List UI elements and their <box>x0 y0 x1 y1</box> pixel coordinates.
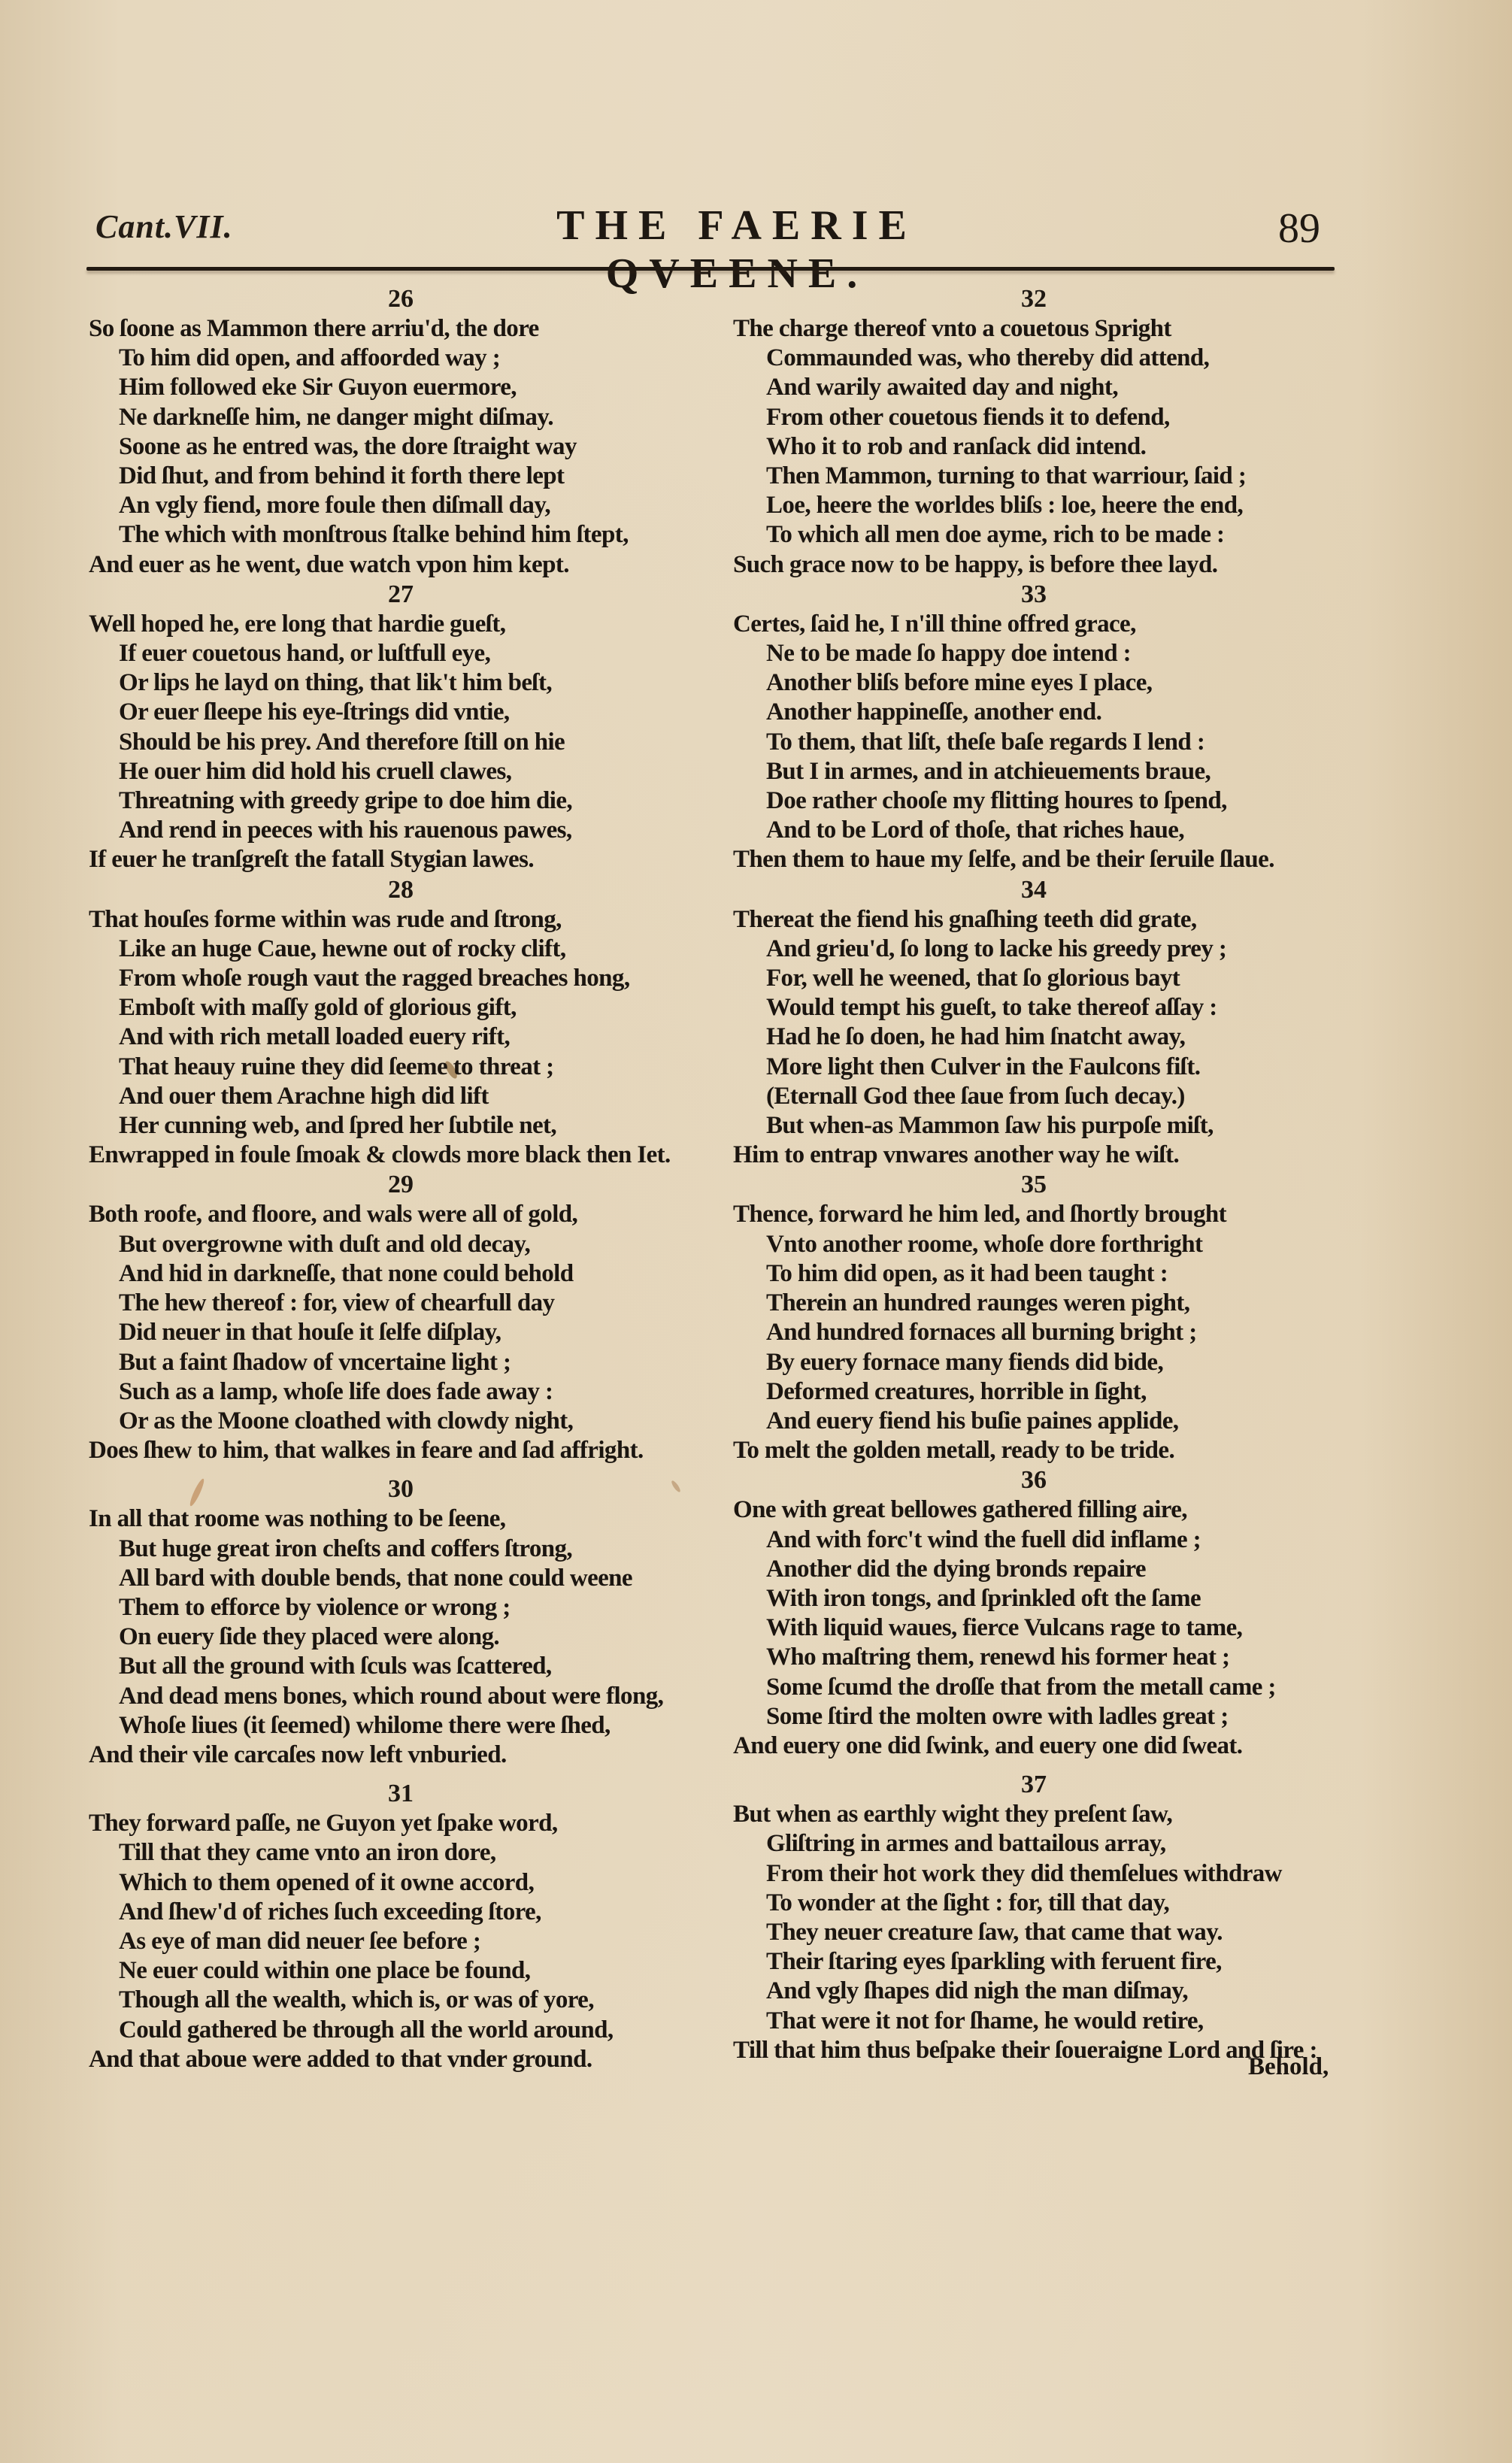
verse-line: The charge thereof vnto a couetous Sprig… <box>733 314 1335 344</box>
verse-line: Ne euer could within one place be found, <box>89 1956 713 1986</box>
verse-line: If euer he tranſgreſt the fatall Stygian… <box>89 845 713 874</box>
verse-line: From their hot work they did themſelues … <box>733 1859 1335 1889</box>
stanza-number: 36 <box>733 1465 1335 1495</box>
verse-line: And ouer them Arachne high did lift <box>89 1082 713 1111</box>
right-column: 32 The charge thereof vnto a couetous Sp… <box>733 284 1335 2065</box>
verse-line: Him followed eke Sir Guyon euermore, <box>89 373 713 402</box>
verse-line: Who it to rob and ranſack did intend. <box>733 432 1335 462</box>
verse-line: To melt the golden metall, ready to be t… <box>733 1436 1335 1465</box>
verse-line: Ne to be made ſo happy doe intend : <box>733 639 1335 668</box>
verse-line: To them, that liſt, theſe baſe regards I… <box>733 728 1335 757</box>
verse-line: Gliſtring in armes and battailous array, <box>733 1829 1335 1859</box>
verse-line: Certes, ſaid he, I n'ill thine offred gr… <box>733 610 1335 639</box>
book-title: THE FAERIE QVEENE. <box>421 201 1053 298</box>
verse-line: Well hoped he, ere long that hardie gueſ… <box>89 610 713 639</box>
verse-line: Though all the wealth, which is, or was … <box>89 1986 713 2015</box>
verse-line: And to be Lord of thoſe, that riches hau… <box>733 816 1335 845</box>
verse-line: Who maſtring them, renewd his former hea… <box>733 1643 1335 1672</box>
stanza: 35 Thence, forward he him led, and ſhort… <box>733 1170 1335 1465</box>
stanza-number: 29 <box>89 1170 713 1200</box>
stanza: 32 The charge thereof vnto a couetous Sp… <box>733 284 1335 580</box>
verse-line: Emboſt with maſſy gold of glorious gift, <box>89 993 713 1022</box>
verse-line: Did neuer in that houſe it ſelfe diſplay… <box>89 1318 713 1347</box>
verse-line: The hew thereof : for, view of chearfull… <box>89 1289 713 1318</box>
verse-line: But huge great iron cheſts and coffers ſ… <box>89 1534 713 1564</box>
stanza: 27 Well hoped he, ere long that hardie g… <box>89 580 713 875</box>
verse-line: (Eternall God thee ſaue from ſuch decay.… <box>733 1082 1335 1111</box>
stanza: 33 Certes, ſaid he, I n'ill thine offred… <box>733 580 1335 875</box>
verse-line: Vnto another roome, whoſe dore forthrigh… <box>733 1230 1335 1259</box>
verse-line: As eye of man did neuer ſee before ; <box>89 1927 713 1956</box>
verse-line: Some ſcumd the droſſe that from the meta… <box>733 1673 1335 1702</box>
verse-line: And warily awaited day and night, <box>733 373 1335 402</box>
verse-line: On euery ſide they placed were along. <box>89 1622 713 1652</box>
verse-line: And their vile carcaſes now left vnburie… <box>89 1740 713 1770</box>
verse-line: Another bliſs before mine eyes I place, <box>733 668 1335 698</box>
verse-line: From other couetous fiends it to defend, <box>733 403 1335 432</box>
verse-line: And with rich metall loaded euery rift, <box>89 1022 713 1052</box>
verse-line: Till that him thus beſpake their ſouerai… <box>733 2036 1335 2065</box>
verse-line: But overgrowne with duſt and old decay, <box>89 1230 713 1259</box>
stanza-number: 32 <box>733 284 1335 314</box>
verse-line: To him did open, and affoorded way ; <box>89 344 713 373</box>
verse-line: And grieu'd, ſo long to lacke his greedy… <box>733 935 1335 964</box>
verse-line: Which to them opened of it owne accord, <box>89 1868 713 1898</box>
verse-line: Him to entrap vnwares another way he wiſ… <box>733 1141 1335 1170</box>
verse-line: Doe rather chooſe my flitting houres to … <box>733 786 1335 816</box>
verse-line: To which all men doe ayme, rich to be ma… <box>733 520 1335 550</box>
stanza: 26 So ſoone as Mammon there arriu'd, the… <box>89 284 713 580</box>
stanza: 34 Thereat the fiend his gnaſhing teeth … <box>733 875 1335 1171</box>
verse-line: But a faint ſhadow of vncertaine light ; <box>89 1348 713 1377</box>
verse-line: Or euer ſleepe his eye-ſtrings did vntie… <box>89 698 713 727</box>
verse-line: That were it not for ſhame, he would ret… <box>733 2007 1335 2036</box>
stanza-number: 31 <box>89 1779 713 1809</box>
stanza-number: 35 <box>733 1170 1335 1200</box>
page-number: 89 <box>1278 204 1320 253</box>
verse-line: Enwrapped in foule ſmoak & clowds more b… <box>89 1141 713 1170</box>
verse-line: And hundred fornaces all burning bright … <box>733 1318 1335 1347</box>
verse-line: The which with monſtrous ſtalke behind h… <box>89 520 713 550</box>
verse-line: Such grace now to be happy, is before th… <box>733 550 1335 580</box>
verse-line: Them to efforce by violence or wrong ; <box>89 1593 713 1622</box>
stanza-number: 27 <box>89 580 713 610</box>
verse-line: To him did open, as it had been taught : <box>733 1259 1335 1289</box>
verse-line: To wonder at the ſight : for, till that … <box>733 1889 1335 1918</box>
stanza-number: 33 <box>733 580 1335 610</box>
verse-line: Both roofe, and floore, and wals were al… <box>89 1200 713 1229</box>
verse-line: By euery fornace many fiends did bide, <box>733 1348 1335 1377</box>
verse-line: But when as earthly wight they preſent ſ… <box>733 1800 1335 1829</box>
verse-line: They forward paſſe, ne Guyon yet ſpake w… <box>89 1809 713 1838</box>
verse-line: Some ſtird the molten owre with ladles g… <box>733 1702 1335 1731</box>
verse-line: Their ſtaring eyes ſparkling with feruen… <box>733 1947 1335 1977</box>
stanza-number: 34 <box>733 875 1335 905</box>
left-column: 26 So ſoone as Mammon there arriu'd, the… <box>89 284 713 2074</box>
verse-line: And that aboue were added to that vnder … <box>89 2045 713 2074</box>
stanza-number: 26 <box>89 284 713 314</box>
verse-line: Another happineſſe, another end. <box>733 698 1335 727</box>
verse-line: Should be his prey. And therefore ſtill … <box>89 728 713 757</box>
verse-line: Soone as he entred was, the dore ſtraigh… <box>89 432 713 462</box>
verse-line: But all the ground with ſculs was ſcatte… <box>89 1652 713 1681</box>
verse-line: But I in armes, and in atchieuements bra… <box>733 757 1335 786</box>
verse-line: With liquid waues, fierce Vulcans rage t… <box>733 1613 1335 1643</box>
verse-line: Thence, forward he him led, and ſhortly … <box>733 1200 1335 1229</box>
verse-line: In all that roome was nothing to be ſeen… <box>89 1504 713 1534</box>
verse-line: Or lips he layd on thing, that lik't him… <box>89 668 713 698</box>
verse-line: Could gathered be through all the world … <box>89 2016 713 2045</box>
verse-line: Or as the Moone cloathed with clowdy nig… <box>89 1407 713 1436</box>
header-rule <box>86 267 1335 271</box>
verse-line: Then Mammon, turning to that warriour, ſ… <box>733 462 1335 491</box>
verse-line: Till that they came vnto an iron dore, <box>89 1838 713 1868</box>
stanza-number: 37 <box>733 1770 1335 1800</box>
verse-line: That heauy ruine they did ſeeme to threa… <box>89 1053 713 1082</box>
verse-line: And rend in peeces with his rauenous paw… <box>89 816 713 845</box>
stanza: 28 That houſes forme within was rude and… <box>89 875 713 1171</box>
catchword: Behold, <box>1248 2053 1329 2081</box>
verse-line: Threatning with greedy gripe to doe him … <box>89 786 713 816</box>
verse-line: And euery fiend his buſie paines applide… <box>733 1407 1335 1436</box>
running-head: Cant.VII. <box>95 208 233 246</box>
stanza-number: 30 <box>89 1474 713 1504</box>
stanza: 30 In all that roome was nothing to be ſ… <box>89 1474 713 1770</box>
verse-line: And dead mens bones, which round about w… <box>89 1682 713 1711</box>
verse-line: But when-as Mammon ſaw his purpoſe miſt, <box>733 1111 1335 1141</box>
verse-line: And vgly ſhapes did nigh the man diſmay, <box>733 1977 1335 2006</box>
verse-line: Ne darkneſſe him, ne danger might diſmay… <box>89 403 713 432</box>
verse-line: And euery one did ſwink, and euery one d… <box>733 1731 1335 1761</box>
verse-line: More light then Culver in the Faulcons f… <box>733 1053 1335 1082</box>
verse-line: Loe, heere the worldes bliſs : loe, heer… <box>733 491 1335 520</box>
stanza: 29 Both roofe, and floore, and wals were… <box>89 1170 713 1465</box>
verse-line: Had he ſo doen, he had him ſnatcht away, <box>733 1022 1335 1052</box>
verse-line: Whoſe liues (it ſeemed) whilome there we… <box>89 1711 713 1740</box>
verse-line: If euer couetous hand, or luſtfull eye, <box>89 639 713 668</box>
page-header: Cant.VII. THE FAERIE QVEENE. 89 <box>0 201 1512 254</box>
verse-line: Her cunning web, and ſpred her ſubtile n… <box>89 1111 713 1141</box>
verse-line: Another did the dying bronds repaire <box>733 1555 1335 1584</box>
verse-line: Then them to haue my ſelfe, and be their… <box>733 845 1335 874</box>
stanza-number: 28 <box>89 875 713 905</box>
verse-line: Does ſhew to him, that walkes in feare a… <box>89 1436 713 1465</box>
verse-line: He ouer him did hold his cruell clawes, <box>89 757 713 786</box>
verse-line: And with forc't wind the fuell did infla… <box>733 1525 1335 1555</box>
verse-line: And euer as he went, due watch vpon him … <box>89 550 713 580</box>
verse-line: Deformed creatures, horrible in ſight, <box>733 1377 1335 1407</box>
verse-line: So ſoone as Mammon there arriu'd, the do… <box>89 314 713 344</box>
verse-line: One with great bellowes gathered filling… <box>733 1495 1335 1525</box>
verse-line: And ſhew'd of riches ſuch exceeding ſtor… <box>89 1898 713 1927</box>
verse-line: Thereat the fiend his gnaſhing teeth did… <box>733 905 1335 935</box>
verse-line: And hid in darkneſſe, that none could be… <box>89 1259 713 1289</box>
stanza: 37 But when as earthly wight they preſen… <box>733 1770 1335 2065</box>
verse-line: Commaunded was, who thereby did attend, <box>733 344 1335 373</box>
verse-line: That houſes forme within was rude and ſt… <box>89 905 713 935</box>
verse-line: Would tempt his gueſt, to take thereof a… <box>733 993 1335 1022</box>
verse-line: All bard with double bends, that none co… <box>89 1564 713 1593</box>
stanza: 31 They forward paſſe, ne Guyon yet ſpak… <box>89 1779 713 2074</box>
verse-line: From whoſe rough vaut the ragged breache… <box>89 964 713 993</box>
verse-line: An vgly fiend, more foule then diſmall d… <box>89 491 713 520</box>
verse-line: They neuer creature ſaw, that came that … <box>733 1918 1335 1947</box>
verse-line: Therein an hundred raunges weren pight, <box>733 1289 1335 1318</box>
verse-line: For, well he weened, that ſo glorious ba… <box>733 964 1335 993</box>
verse-line: With iron tongs, and ſprinkled oft the ſ… <box>733 1584 1335 1613</box>
stanza: 36 One with great bellowes gathered fill… <box>733 1465 1335 1761</box>
verse-line: Like an huge Caue, hewne out of rocky cl… <box>89 935 713 964</box>
verse-line: Such as a lamp, whoſe life does fade awa… <box>89 1377 713 1407</box>
verse-line: Did ſhut, and from behind it forth there… <box>89 462 713 491</box>
